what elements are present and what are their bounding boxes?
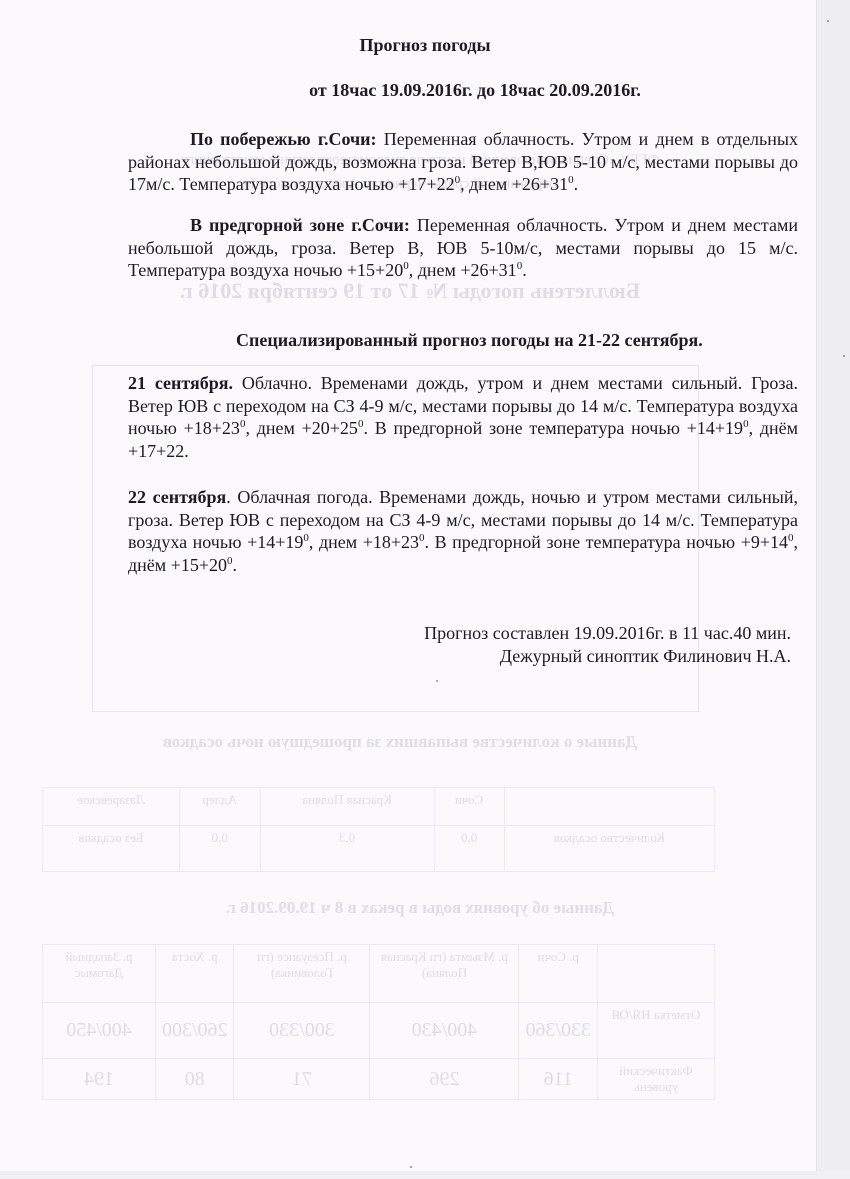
cell: Лазаревское xyxy=(43,788,180,826)
cell: 400/450 xyxy=(43,1003,156,1059)
cell: 300/330 xyxy=(234,1003,370,1059)
cell: р. Хоста xyxy=(155,945,234,1003)
bleed-rivers-title: Данные об уровнях воды в реках в 8 ч 19.… xyxy=(110,898,730,918)
forecast-day-22: 22 сентября. Облачная погода. Временами … xyxy=(128,486,798,576)
cell: Адлер xyxy=(179,788,260,826)
cell: Сочи xyxy=(434,788,504,826)
cell: 71 xyxy=(234,1059,370,1100)
cell: 330/360 xyxy=(519,1003,598,1059)
cell: Красная Поляна xyxy=(260,788,434,826)
cell: 80 xyxy=(155,1059,234,1100)
cell: 0,0 xyxy=(179,826,260,872)
cell xyxy=(598,945,715,1003)
bleed-precip-table: Сочи Красная Поляна Адлер Лазаревское Ко… xyxy=(42,787,715,872)
text: . xyxy=(522,260,527,280)
forecast-period: от 18час 19.09.2016г. до 18час 20.09.201… xyxy=(0,80,850,101)
bleed-precip-title: Данные о количестве выпавших за прошедшу… xyxy=(90,732,710,752)
scanner-edge xyxy=(816,0,850,1179)
foothills-forecast: В предгорной зоне г.Сочи: Переменная обл… xyxy=(128,214,798,282)
cell: Фактический уровень xyxy=(598,1059,715,1100)
scan-speck xyxy=(410,1166,412,1168)
cell: Количество осадков xyxy=(504,826,714,872)
day-21-label: 21 сентября. xyxy=(128,373,233,393)
text: . xyxy=(232,555,237,575)
text: . В предгорной зоне температура ночью +9… xyxy=(425,532,788,552)
scan-speck xyxy=(843,355,845,357)
cell: 0,3 xyxy=(260,826,434,872)
scan-speck xyxy=(827,20,829,22)
forecast-day-21: 21 сентября. Облачно. Временами дождь, у… xyxy=(128,372,798,462)
forecaster-signature: Дежурный синоптик Филинович Н.А. xyxy=(380,645,791,667)
cell: 0,0 xyxy=(434,826,504,872)
cell: 116 xyxy=(519,1059,598,1100)
cell xyxy=(504,788,714,826)
cell: р. Сочи xyxy=(519,945,598,1003)
coast-label: По побережью г.Сочи: xyxy=(190,129,377,149)
cell: р. Мзымта (гп Красная Поляна) xyxy=(370,945,519,1003)
compiled-timestamp: Прогноз составлен 19.09.2016г. в 11 час.… xyxy=(380,622,791,644)
cell: Отметка НЯ/ОЯ xyxy=(598,1003,715,1059)
bleed-rivers-table: р. Сочи р. Мзымта (гп Красная Поляна) р.… xyxy=(42,944,715,1100)
scan-speck xyxy=(436,680,438,682)
bleed-bulletin-title: Бюллетень погоды № 17 от 19 сентября 201… xyxy=(100,278,720,304)
text: , днем +18+23 xyxy=(309,532,419,552)
text: , днем +26+31 xyxy=(409,260,517,280)
scanner-edge-bottom xyxy=(0,1171,850,1179)
cell: 260/300 xyxy=(155,1003,234,1059)
cell: 194 xyxy=(43,1059,156,1100)
text: , днем +20+25 xyxy=(245,418,358,438)
coast-forecast: По побережью г.Сочи: Переменная облачнос… xyxy=(128,128,798,196)
text: . xyxy=(574,174,579,194)
cell: р. Псезуапсе (гп Головинка) xyxy=(234,945,370,1003)
text: . В предгорной зоне температура ночью +1… xyxy=(363,418,743,438)
day-22-label: 22 сентября xyxy=(128,487,226,507)
cell: 400/430 xyxy=(370,1003,519,1059)
cell: р. Западный Дагомыс xyxy=(43,945,156,1003)
special-forecast-heading: Специализированный прогноз погоды на 21-… xyxy=(236,330,776,351)
foothills-label: В предгорной зоне г.Сочи: xyxy=(190,215,410,235)
cell: 296 xyxy=(370,1059,519,1100)
text: , днем +26+31 xyxy=(460,174,568,194)
cell: Без осадков xyxy=(43,826,180,872)
document-title: Прогноз погоды xyxy=(0,35,850,56)
